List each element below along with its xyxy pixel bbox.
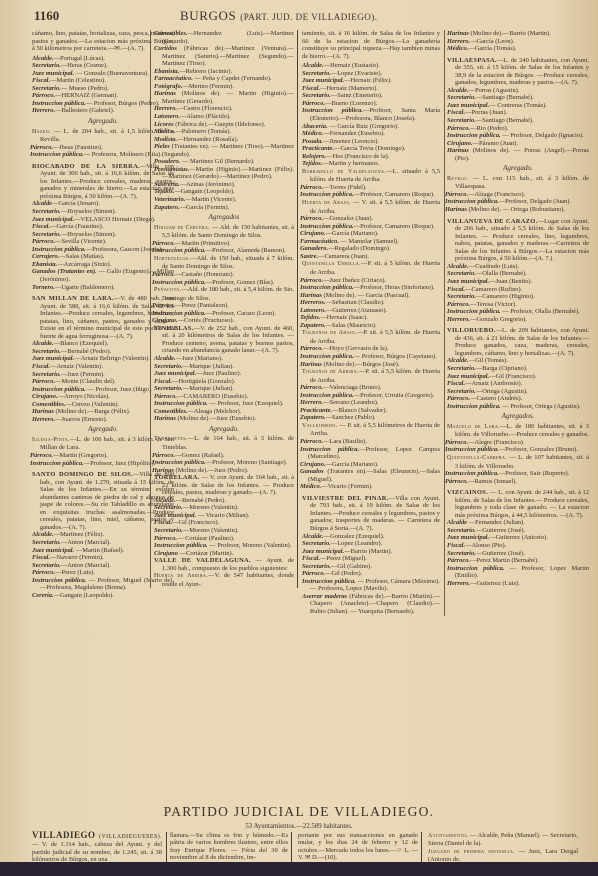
place-name: VILLANUEVA DE CARAZO.	[447, 218, 538, 225]
role-label: Instruccion pública.	[300, 223, 354, 230]
directory-listing: Curtidos (Fábricas de).—Martinez (Ventur…	[154, 45, 294, 68]
person-name: —Jimenez (Leoncio).	[323, 138, 379, 145]
person-name: —Porras (Juan).	[465, 109, 507, 116]
person-name: —CAMARERO (Eusebio).	[177, 393, 248, 400]
directory-listing: Juez municipal.—Gil (Francisco).	[447, 373, 589, 381]
role-label: Harinas	[32, 408, 54, 415]
running-title-main: BURGOS	[180, 8, 236, 23]
person-name: —Hoyo (Gervasio de la).	[323, 345, 388, 352]
role-label: Farmacéutico.	[154, 75, 193, 82]
directory-listing: Zapatero.—Salas (Mauricio).	[302, 322, 440, 330]
role-label: Secretario.	[447, 365, 476, 372]
person-name: —García (Leon).	[470, 38, 514, 45]
person-name: —Hos (Francisco de la).	[326, 153, 389, 160]
role-label: Párroco.	[300, 345, 323, 352]
person-name: —Fernandez (Julian).	[467, 519, 525, 526]
role-label: Párroco.	[30, 452, 53, 459]
role-label: Cerrajero.	[32, 253, 59, 260]
person-name: —Barga (Cipriano).	[476, 365, 528, 372]
place-entry: Quintanilla-Cabrera. — L. de 107 habitan…	[447, 454, 589, 470]
viewer-bottom-bar	[0, 862, 598, 876]
directory-listing: Cirujano.—García (Mariano).	[302, 230, 440, 238]
directory-listing: Instruccion pública.—Profesor, Alameda (…	[154, 247, 294, 255]
place-entry: Hinojar de Cervera. — Ald. de 150 habita…	[154, 224, 294, 240]
directory-listing: Secretario.—Gutierrez (José).	[447, 527, 589, 535]
role-label: Secretario.	[32, 562, 61, 569]
person-name: —Profesor, Urrutia (Gregorio).	[354, 392, 435, 399]
role-label: Cirujano.	[447, 140, 473, 147]
person-name: —Anton (Marcial).	[61, 539, 111, 546]
directory-listing: Licores (Fábrica de).—Guepin (Ildefonso)…	[154, 121, 294, 129]
directory-listing: Alcalde.—Gonzalez (Ezequiel).	[302, 533, 440, 541]
person-name: —Martin (Vicente).	[185, 196, 236, 203]
directory-listing: Párroco.—Perez Martin (Bernabé).	[447, 557, 589, 565]
person-name: — Profesor, Delgado (Ignacio).	[501, 132, 584, 139]
person-name: —Arnaiz (Ambrosio).	[465, 380, 522, 387]
role-label: Juez municipal.	[447, 373, 489, 380]
person-name: —Alzaga (Francisco).	[468, 191, 525, 198]
directory-listing: Párroco.—Alzaga (Francisco).	[447, 191, 589, 199]
directory-listing: Herrero.—Gonzalo Gregorio).	[447, 316, 589, 324]
person-name: —Cerezo (Valentin).	[65, 401, 119, 408]
directory-listing: Párroco.—Alegre (Francisco).	[447, 439, 589, 447]
place-name: Hazeo.	[32, 129, 51, 135]
directory-listing: Instruccion pública. — Profesor, Moreno …	[154, 542, 294, 550]
person-name: —Marique (Julian).	[183, 363, 234, 370]
ayuntamiento-label: Ayuntamiento.	[428, 833, 468, 839]
role-label: Juez municipal.	[154, 512, 196, 519]
role-label: Comestibles.	[32, 401, 65, 408]
place-name: VILLAESPASA.	[447, 57, 497, 64]
place-name: Tolbaños de Arriba.	[302, 369, 359, 375]
role-label: Pieles	[154, 143, 170, 150]
person-name: —Camarero (Rufino).	[465, 286, 522, 293]
person-name: —García (Tomás).	[468, 45, 516, 52]
directory-listing: Juez municipal.—Juan (Benito).	[447, 278, 589, 286]
person-name: (Fábricas de).—Martinez (Ventura).—Marti…	[162, 45, 294, 67]
person-name: (Molino de). — Ortega (Robustiano).	[467, 206, 565, 213]
directory-listing: Secretario.—Marique (Julian).	[154, 363, 294, 371]
role-label: Secretario.	[302, 92, 331, 99]
person-name: —Gangain (Leopoldo).	[54, 592, 114, 599]
person-name: —Gil (Tomás).	[469, 357, 508, 364]
directory-listing: Practicante.—García Tovia (Domingo).	[302, 145, 440, 153]
role-label: Instruccion pública.	[154, 542, 208, 549]
role-label: Secretario.	[32, 231, 61, 238]
partido-column-1: VILLADIEGO (VILLADIEGUESES).— V. de 1.11…	[32, 832, 167, 862]
role-label: Tornero.	[32, 284, 55, 291]
person-name: —Profesor, Carazo (Leon).	[206, 310, 276, 317]
person-name: (Molino de).—Barga (Félix).	[54, 408, 131, 415]
role-label: Párroco.	[300, 215, 323, 222]
text-column-2: Comestibles.—Hernandez (Luis).—Martinez …	[150, 30, 298, 588]
person-name: —Sanchez (Pablo).	[326, 414, 376, 421]
role-label: Instruccion pública.	[300, 446, 359, 453]
scanned-page: 1160 BURGOS (PART. JUD. DE VILLADIEGO). …	[0, 0, 598, 862]
person-name: —Bernabé (Pedro).	[176, 497, 226, 504]
role-label: Alcalde.	[32, 55, 54, 62]
directory-listing: Harinas (Molinos de). — Porras (Angel).—…	[447, 147, 589, 162]
person-name: —Gutierrez (José).	[476, 527, 525, 534]
place-name: Quintanilla-Cabrera.	[447, 455, 507, 461]
directory-listing: Herrero.—García (Leon).	[447, 38, 589, 46]
person-name: — Contreras (Tomás).	[489, 102, 547, 109]
directory-listing: Farmacéutico. — Peña y Capdet (Fernando)…	[154, 75, 294, 83]
directory-listing: Párroco.—Gil (Pedro).	[302, 570, 440, 578]
role-label: Médico.	[302, 130, 323, 137]
directory-listing: Secretario.—Olalla (Bernabé).	[447, 270, 589, 278]
role-label: Abacería.	[302, 123, 328, 130]
person-name: —Salas (Mauricio).	[326, 322, 377, 329]
person-name: —Castaño (Honorato).	[175, 271, 234, 278]
person-name: — Mueso (Pedro).	[61, 85, 109, 92]
place-entry: Mazuelo de Lara.—L. de 180 habitantes, s…	[447, 423, 589, 439]
person-name: — Profesor, Búrgos (Cayetano).	[354, 353, 437, 360]
directory-listing: Alcalde —Fernandez (Julian).	[447, 519, 589, 527]
person-name: (Tratantes en).—Salas (Eleuterio).—Salas…	[308, 468, 440, 483]
page-number: 1160	[34, 8, 59, 24]
person-name: — Gonzalo (Buenaventura).	[74, 70, 149, 77]
role-label: Fiscal.	[32, 223, 50, 230]
person-name: —Profesor, Moreno (Santiago).	[206, 459, 288, 466]
role-label: Alcalde.	[32, 531, 54, 538]
directory-listing: Instruccion pública.—Profesor, Moreno (S…	[154, 459, 294, 467]
person-name: —Vicario (Fermin).	[321, 483, 372, 490]
role-label: Párroco.	[32, 378, 55, 385]
directory-listing: Instruccion pública.—Profesor, Gomez (Bl…	[154, 279, 294, 287]
role-label: Cerería.	[32, 592, 54, 599]
place-entry: Tañabueyes.—L. de 164 hab., sit. á 3 kil…	[154, 435, 294, 451]
place-description: — V. de 1.114 hab., cabeza del Ayunt. y …	[32, 841, 162, 862]
continuation-text: tamiento, sit. á 16 kilóm. de Salas de l…	[302, 30, 440, 60]
partido-column-2: llanura.—Su clima es frio y húmedo.—Es p…	[170, 832, 292, 862]
directory-listing: Fiscal.—Arnaiz (Ambrosio).	[447, 380, 589, 388]
role-label: Modista.	[154, 136, 177, 143]
person-name: —Ballestero (Gabriel).	[55, 107, 114, 114]
role-label: Licores	[154, 121, 174, 128]
directory-listing: Cirujano.—Páramo (Juan).	[447, 140, 589, 148]
directory-listing: Secretario.—Barga (Cipriano).	[447, 365, 589, 373]
person-name: —Juez (Fermin).	[61, 371, 105, 378]
directory-listing: Cerería.—Gangain (Leopoldo).	[32, 592, 174, 600]
role-label: Posada.	[302, 138, 323, 145]
role-label: Comestibles.	[154, 30, 187, 37]
directory-listing: Harinas (Molino de). — García (Pascual).	[302, 292, 440, 300]
person-name: — Profesor, Juez (Iñigo).	[86, 386, 153, 393]
person-name: (Molinos de). — Martin (Higinio).—Martin…	[162, 90, 294, 105]
role-label: Párroco.	[447, 301, 470, 308]
directory-listing: Médico.—Vicario (Fermin).	[302, 483, 440, 491]
person-name: — Martinez Gil (Bernardo).	[180, 158, 254, 165]
role-label: Harinas	[447, 30, 469, 37]
place-name: Hinojar de Cervera.	[154, 225, 210, 231]
role-label: Fiscal.	[447, 380, 465, 387]
directory-listing: Veterinario.—Martin (Vicente).	[154, 196, 294, 204]
directory-listing: Sastre.—Camarera (Juan).	[302, 253, 440, 261]
directory-listing: Tejidos.—Martin y hermanos.	[302, 160, 440, 168]
directory-listing: Párroco.—Teresa (Victor).	[447, 301, 589, 309]
role-label: Posadero.	[154, 158, 180, 165]
directory-listing: Harinas (Molino de).—Barrio (Martin).	[447, 30, 589, 38]
role-label: Fotógrafo.	[154, 83, 182, 90]
person-name: —Castero (Andrés).	[470, 395, 522, 402]
role-label: Secretario.	[32, 62, 61, 69]
place-name: Quintanilla Urrilla.	[302, 261, 361, 267]
role-label: Herrero.	[300, 399, 323, 406]
person-name: —Gil (Gabino).	[331, 563, 372, 570]
directory-listing: Herrero.—Gutierrez (Luis).	[447, 580, 589, 588]
person-name: —Gil (Francisco).	[172, 519, 219, 526]
person-name: — García Ruiz (Gregorio).	[328, 123, 399, 130]
place-description: —Ald. de 180 hab., sit. á 5,4 kilóm. de …	[162, 286, 294, 302]
role-label: Juez municipal.	[32, 216, 74, 223]
directory-listing: Instruccion pública.—Profesor, Gonzalez …	[447, 446, 589, 454]
directory-listing: Harinas (Molino de).—Búrgos (José).	[302, 361, 440, 369]
role-label: Comestibles.	[154, 408, 187, 415]
section-heading: Agregado.	[154, 426, 294, 434]
person-name: (Molinos de). — Porras (Angel).—Porras (…	[455, 147, 589, 162]
directory-listing: Secretario.—Santiago (Bernabé).	[447, 117, 589, 125]
role-label: Párroco.	[32, 238, 55, 245]
role-label: Párroco.	[154, 535, 177, 542]
role-label: Cirujano.	[32, 393, 58, 400]
person-name: —Bernabé (Pedro).	[61, 348, 111, 355]
person-name: —Profesor, Delgado (Juan).	[499, 198, 571, 205]
person-name: —Arnaiz Beltrigo (Valentin).	[74, 355, 150, 362]
role-label: Fiscal.	[302, 85, 320, 92]
place-entry: Tolbaños de Abajo.—P. sit. á 5,5 kilóm. …	[302, 329, 440, 345]
partido-column-3: portante por sus transacciones en ganado…	[298, 832, 422, 862]
place-entry: Quintanilla Urrilla.—P. sit. á 5 kilóm. …	[302, 260, 440, 276]
person-name: —Heras (Cosme).	[61, 62, 108, 69]
role-label: Secretario.	[32, 85, 61, 92]
directory-listing: Herrero.—Serrano (Leandro).	[302, 399, 440, 407]
person-name: —Juarros (Ernesto).	[55, 416, 107, 423]
directory-listing: Secretario.—Sainz (Emeterio).	[302, 92, 440, 100]
role-label: Párroco.	[32, 569, 55, 576]
role-label: Instruccion pública.	[447, 403, 501, 410]
role-label: Juez municipal.	[302, 77, 344, 84]
person-name: —Teresa (Victor).	[470, 301, 517, 308]
role-label: Fiscal.	[447, 542, 465, 549]
person-name: —Gomez (Rafael).	[175, 452, 224, 459]
place-name: TINIEBLAS.	[154, 325, 194, 332]
directory-listing: Juez municipal.—Juez (Paulino).	[154, 370, 294, 378]
person-name: —Ortega (Agustin).	[476, 388, 528, 395]
person-name: —Cortázar (Martin).	[178, 550, 233, 557]
person-name: —Hortigüela (Gonzalo).	[172, 378, 235, 385]
place-name: VILLORUEBO.	[447, 327, 496, 334]
person-name: —Aleaga (Melchor).	[187, 408, 241, 415]
directory-listing: Latonero.—Alamo (Plácido).	[154, 113, 294, 121]
role-label: Instruccion pública.	[302, 107, 363, 114]
directory-listing: Cirujano —Cortázar (Martin).	[154, 550, 294, 558]
person-name: —Gil (Pedro).	[325, 570, 362, 577]
role-label: Instruccion pública.	[152, 247, 206, 254]
role-label: Harinas	[300, 292, 322, 299]
place-name: SANTO DOMINGO DE SILOS.	[32, 471, 133, 478]
role-label: Cirujano.	[300, 461, 326, 468]
place-description: — L. con 115 hab., sit. á 3 kilóm. de Vi…	[455, 175, 589, 191]
role-label: Veterinario.	[154, 196, 185, 203]
directory-listing: Instruccion pública.—Profesor, Lopez Cam…	[302, 446, 440, 461]
person-name: —Martin (Celestino).	[50, 77, 106, 84]
person-name: —Martin (Rafael).	[74, 547, 124, 554]
person-name: —Moreno (Valentin).	[183, 527, 239, 534]
place-name: Huerta de Abajo.	[302, 200, 351, 206]
role-label: Ganadero.	[300, 245, 328, 252]
role-label: Harinas	[300, 361, 322, 368]
role-label: Juez municipal.	[447, 534, 489, 541]
role-label: Párroco.	[445, 191, 468, 198]
directory-listing: Secretario.—Santiago (Bernabé).	[447, 94, 589, 102]
directory-listing: Juez municipal.— Contreras (Tomás).	[447, 102, 589, 110]
person-name: —Torres (Fidel).	[323, 184, 367, 191]
person-name: —Fernandez (Eusebio).	[323, 130, 385, 137]
role-label: Juez municipal.	[302, 548, 344, 555]
directory-listing: Párroco.— Cortázar (Paulino).	[154, 535, 294, 543]
person-name: —Profesor, Gonzalez (Bruno).	[499, 446, 578, 453]
directory-listing: Practicante.—Blanco (Salvador).	[302, 407, 440, 415]
directory-listing: Comestibles.—Aleaga (Melchor).	[154, 408, 294, 416]
directory-listing: Juez municipal.—Hernaiz (Félix).	[302, 77, 440, 85]
person-name: —Gonzalo Gregorio).	[470, 316, 527, 323]
role-label: Sastre.	[300, 253, 318, 260]
place-entry: Hortezuelos.—Ald. de 150 hab., situada á…	[154, 255, 294, 271]
role-label: Curtidos	[154, 45, 177, 52]
place-entry: Revelo. — L. con 115 hab., sit. á 3 kiló…	[447, 175, 589, 191]
role-label: Instruccion pública.	[32, 246, 86, 253]
role-label: Fiscal.	[447, 109, 465, 116]
role-label: Tejidos.	[302, 160, 322, 167]
role-label: Cirujano	[154, 550, 178, 557]
role-label: Juez municipal.	[447, 278, 489, 285]
role-label: Aserrar maderas	[302, 593, 347, 600]
role-label: Harinas	[152, 467, 174, 474]
person-name: —Marique (Julian).	[183, 385, 234, 392]
place-entry: TORRELARA. — V. con Ayunt. de 164 hab., …	[154, 474, 294, 497]
directory-listing: Secretario.—Lopez (Leandro).	[302, 540, 440, 548]
directory-listing: Fotógrafo.—Merino (Fermin).	[154, 83, 294, 91]
person-name: —Profesor, Saiz (Ruperto).	[499, 470, 570, 477]
role-label: Instruccion pública.	[447, 565, 504, 572]
directory-listing: Latonero.—Gutierrez (Atanasio).	[302, 307, 440, 315]
person-name: —Blanco (Ezequiel).	[54, 340, 109, 347]
role-label: Juez municipal.	[32, 355, 74, 362]
directory-listing: Párroco.—Torres (Fidel).	[302, 184, 440, 192]
role-label: Párroco.	[152, 302, 175, 309]
directory-listing: Instruccion pública. — Profesor, Delgado…	[447, 132, 589, 140]
role-label: Fiscal.	[32, 363, 50, 370]
person-name: —Profesor, Alameda (Ramon).	[206, 247, 286, 254]
role-label: Sastrería.	[154, 181, 180, 188]
role-label: Fiscal.	[302, 555, 320, 562]
role-label: Instruccion pública.	[32, 386, 86, 393]
juzgado-label: Juzgado de primera instancia.	[428, 849, 515, 855]
role-label: Herrero.	[447, 316, 470, 323]
directory-listing: Cirujano.—Cortés (Fructuoso).	[154, 317, 294, 325]
partido-subtitle: 53 Ayuntamientos.—22.589 habitantes.	[0, 823, 598, 830]
directory-listing: Médico.—García (Tomás).	[447, 45, 589, 53]
directory-listing: Instruccion pública. — Profesor, Cámara …	[302, 578, 440, 593]
place-name: Iglesia-Pinta.	[32, 437, 70, 443]
role-label: Alcalde.	[32, 340, 54, 347]
person-name: —Olalla (Bernabé).	[476, 270, 527, 277]
directory-listing: Juez municipal.—Barrio (Martin).	[302, 548, 440, 556]
directory-listing: Harinas (Molino de).—Juez (Pedro).	[154, 467, 294, 475]
role-label: Ganados	[300, 468, 324, 475]
role-label: Practicante.	[302, 145, 334, 152]
directory-listing: Juez municipal.—Gutierrez (Aniceto).	[447, 534, 589, 542]
role-label: Tejidos.	[300, 314, 320, 321]
directory-listing: Instruccion pública.— Profesor, Búrgos (…	[302, 353, 440, 361]
role-label: Instruccion pública.	[154, 400, 208, 407]
directory-listing: Harinas (Molino de).—Juez (Eusebio).	[154, 415, 294, 423]
role-label: Prestamistas.	[154, 166, 189, 173]
person-name: —García (Mariano).	[326, 461, 379, 468]
directory-listing: Párroco.—Gonzalez (Juan).	[302, 215, 440, 223]
directory-listing: Instruccion pública. — Profesor, Lopez M…	[447, 565, 589, 580]
person-name: —Hoyuelos (Simon).	[61, 231, 116, 238]
directory-listing: Comestibles.—Hernandez (Luis).—Martinez …	[154, 30, 294, 45]
directory-listing: Secretario.—Lopez (Evaristo).	[302, 70, 440, 78]
person-name: —Azinas (Jerónimo).	[180, 181, 236, 188]
place-name: VIZCAINOS.	[447, 489, 488, 496]
directory-listing: Instruccion pública. — Profesor, Ortega …	[447, 403, 589, 411]
directory-listing: Secretario.—Moreno (Valentin).	[154, 527, 294, 535]
directory-listing: Párroco.—Bueno (Lorenzo).	[302, 100, 440, 108]
directory-listing: Instruccion pública.—Profesor, Heras (Si…	[302, 284, 440, 292]
role-label: Párroco.	[152, 240, 175, 247]
role-label: Instruccion pública.	[447, 308, 501, 315]
directory-listing: Instruccion pública.—Profesor, Saiz (Rup…	[447, 470, 589, 478]
role-label: Harinas	[445, 206, 467, 213]
person-name: —Serrano (Leandro).	[323, 399, 378, 406]
directory-listing: Secretario.—Gil (Gabino).	[302, 563, 440, 571]
role-label: Instruccion pública.	[300, 353, 354, 360]
place-name: SAN MILLAN DE LARA.	[32, 295, 114, 302]
role-label: Secretario.	[302, 70, 331, 77]
person-name: —Lopez (Leandro).	[331, 540, 382, 547]
role-label: Ebanista.	[154, 68, 179, 75]
person-name: —Santiago (Bernabé).	[476, 117, 534, 124]
directory-listing: Aserrar maderas (Fábricas de).—Barrio (M…	[302, 593, 440, 616]
person-name: (Molino de). — García (Pascual).	[322, 292, 410, 299]
role-label: Juez municipal.	[32, 547, 74, 554]
person-name: —Hoyuelos (Simon).	[61, 208, 116, 215]
role-label: Fiscal.	[154, 378, 172, 385]
place-name: Revelo.	[447, 176, 468, 182]
person-name: —Bueno (Lorenzo).	[325, 100, 377, 107]
person-name: —Azcárraga (Sixto).	[57, 261, 111, 268]
person-name: —Gil (Francisco).	[489, 373, 536, 380]
directory-listing: Herreros.—Sebastian (Claudio).	[302, 299, 440, 307]
person-name: — Profesor, Búrgos (Pedro).	[86, 100, 160, 107]
person-name: —Profesor, Gomez (Blas).	[206, 279, 275, 286]
person-name: —Alamo (Plácido).	[180, 113, 231, 120]
running-title: BURGOS (PART. JUD. DE VILLADIEGO).	[180, 8, 378, 24]
person-name: —Perez (Luis).	[55, 569, 95, 576]
person-name: — Profesor, Olalla (Bernabé).	[501, 308, 580, 315]
person-name: —Hernandez (Rosalía).	[177, 136, 238, 143]
directory-listing: Alcalde.—Gil (Tomás).	[447, 357, 589, 365]
role-label: Instruccion pública.	[30, 151, 84, 158]
person-name: —Camarero (Higinio).	[476, 293, 535, 300]
directory-listing: Instruccion pública. — Profesor, Juez (E…	[154, 400, 294, 408]
directory-listing: Ebanista.—Rebrero (Jacinto).	[154, 68, 294, 76]
role-label: Alcalde.	[447, 87, 469, 94]
role-label: Secretario.	[32, 208, 61, 215]
